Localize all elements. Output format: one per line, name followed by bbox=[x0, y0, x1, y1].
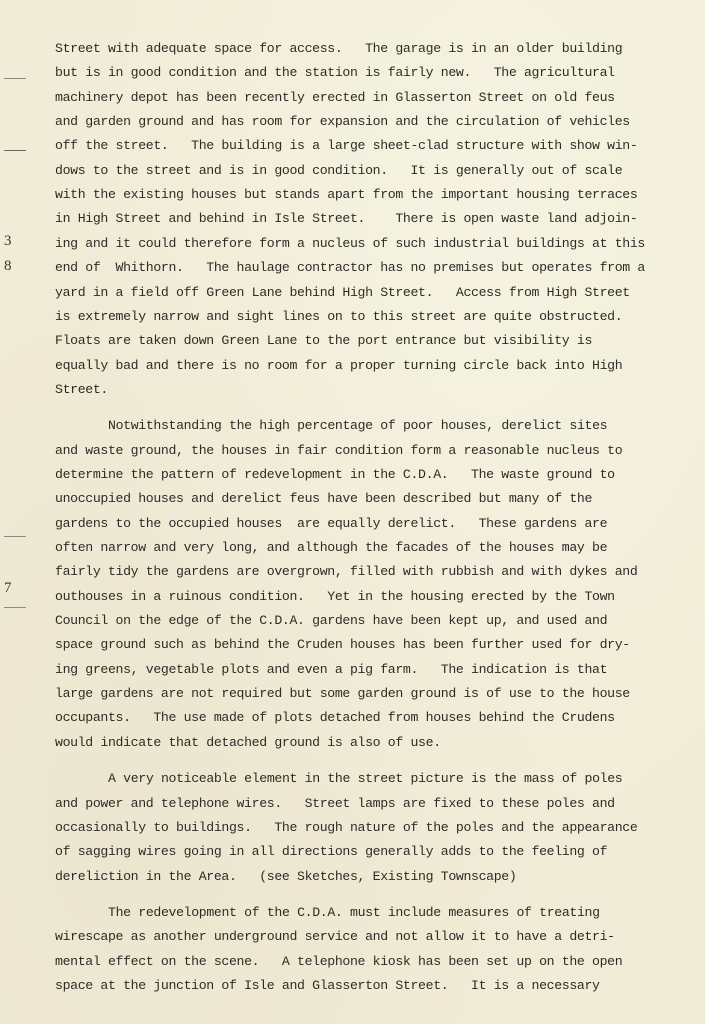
text-line: determine the pattern of redevelopment i… bbox=[55, 466, 615, 484]
margin-number: 8 bbox=[4, 257, 12, 275]
text-line: fairly tidy the gardens are overgrown, f… bbox=[55, 563, 637, 581]
text-line: end of Whithorn. The haulage contractor … bbox=[55, 259, 645, 277]
text-line: wirescape as another underground service… bbox=[55, 928, 615, 946]
typewritten-page: 3 8 7 Street with adequate space for acc… bbox=[0, 0, 705, 1024]
text-line: with the existing houses but stands apar… bbox=[55, 186, 637, 204]
margin-tick-mark bbox=[4, 607, 26, 608]
text-line: The redevelopment of the C.D.A. must inc… bbox=[108, 904, 600, 922]
margin-tick-mark bbox=[4, 150, 26, 151]
text-line: off the street. The building is a large … bbox=[55, 137, 637, 155]
text-line: gardens to the occupied houses are equal… bbox=[55, 515, 607, 533]
text-line: dows to the street and is in good condit… bbox=[55, 162, 622, 180]
text-line: ing greens, vegetable plots and even a p… bbox=[55, 661, 607, 679]
text-line: and waste ground, the houses in fair con… bbox=[55, 442, 622, 460]
text-line: machinery depot has been recently erecte… bbox=[55, 89, 615, 107]
text-line: space at the junction of Isle and Glasse… bbox=[55, 977, 600, 995]
text-line: and garden ground and has room for expan… bbox=[55, 113, 630, 131]
text-line: of sagging wires going in all directions… bbox=[55, 843, 607, 861]
margin-tick-mark bbox=[4, 78, 26, 79]
text-line: space ground such as behind the Cruden h… bbox=[55, 636, 630, 654]
text-line: A very noticeable element in the street … bbox=[108, 770, 622, 788]
text-line: often narrow and very long, and although… bbox=[55, 539, 607, 557]
margin-number: 7 bbox=[4, 579, 12, 597]
text-line: large gardens are not required but some … bbox=[55, 685, 630, 703]
text-line: dereliction in the Area. (see Sketches, … bbox=[55, 868, 516, 886]
text-line: mental effect on the scene. A telephone … bbox=[55, 953, 622, 971]
text-line: occasionally to buildings. The rough nat… bbox=[55, 819, 637, 837]
text-line: occupants. The use made of plots detache… bbox=[55, 709, 615, 727]
text-line: and power and telephone wires. Street la… bbox=[55, 795, 615, 813]
text-line: outhouses in a ruinous condition. Yet in… bbox=[55, 588, 615, 606]
text-line: ing and it could therefore form a nucleu… bbox=[55, 235, 645, 253]
text-line: Council on the edge of the C.D.A. garden… bbox=[55, 612, 607, 630]
text-line: unoccupied houses and derelict feus have… bbox=[55, 490, 592, 508]
text-line: is extremely narrow and sight lines on t… bbox=[55, 308, 622, 326]
text-line: equally bad and there is no room for a p… bbox=[55, 357, 622, 375]
text-line: Street. bbox=[55, 381, 108, 399]
text-line: Notwithstanding the high percentage of p… bbox=[108, 417, 607, 435]
text-line: yard in a field off Green Lane behind Hi… bbox=[55, 284, 630, 302]
text-line: but is in good condition and the station… bbox=[55, 64, 615, 82]
text-line: would indicate that detached ground is a… bbox=[55, 734, 441, 752]
text-line: Floats are taken down Green Lane to the … bbox=[55, 332, 592, 350]
margin-number: 3 bbox=[4, 232, 12, 250]
text-line: in High Street and behind in Isle Street… bbox=[55, 210, 637, 228]
margin-tick-mark bbox=[4, 536, 26, 537]
text-line: Street with adequate space for access. T… bbox=[55, 40, 622, 58]
